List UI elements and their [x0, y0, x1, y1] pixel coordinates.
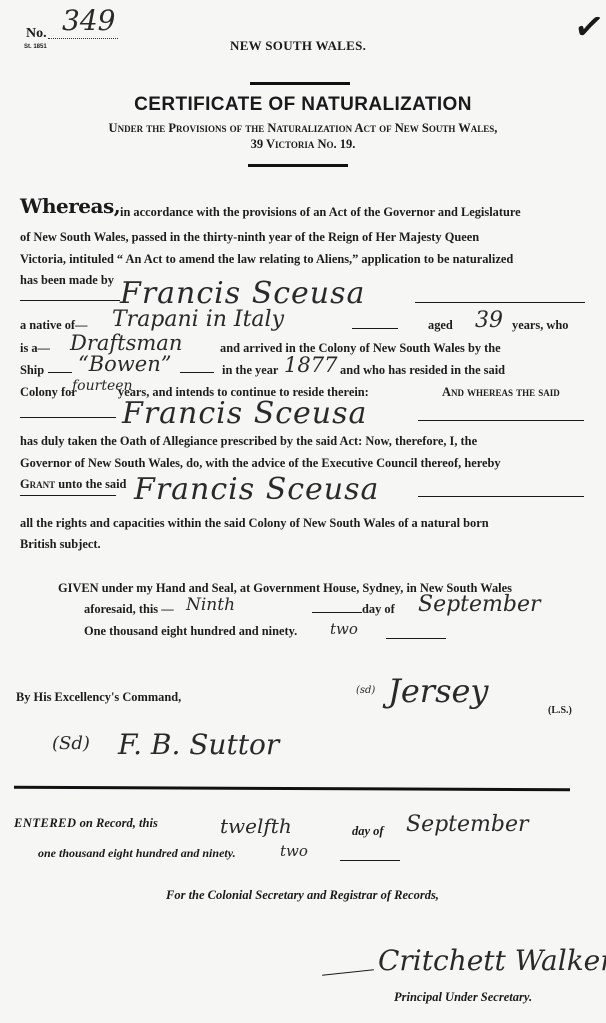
name-3-line-right — [418, 496, 584, 497]
name-line-right — [415, 302, 585, 303]
entered-day-of-label: day of — [352, 824, 384, 839]
given-day: Ninth — [186, 595, 235, 615]
name-line-left — [20, 300, 120, 301]
governor-signature-prefix: (sd) — [356, 685, 375, 696]
form-code: St. 1851 — [24, 44, 47, 50]
paragraph-1-line-2: of New South Wales, passed in the thirty… — [20, 230, 479, 245]
state-heading: NEW SOUTH WALES. — [230, 38, 366, 54]
paragraph-1-line-4: has been made by — [20, 273, 114, 288]
for-colonial-secretary: For the Colonial Secretary and Registrar… — [166, 888, 439, 903]
certificate-number-line — [48, 38, 118, 39]
arrived-text: and arrived in the Colony of New South W… — [220, 341, 501, 356]
entered-year-line — [340, 860, 400, 861]
ship-line-right — [180, 372, 214, 373]
naturalization-certificate: No. St. 1851 349 NEW SOUTH WALES. ✓ CERT… — [0, 0, 606, 1023]
secretary-signature-prefix: (Sd) — [52, 733, 90, 754]
under-secretary-signature: Critchett Walker — [378, 944, 606, 977]
colony-for-label: Colony for — [20, 385, 77, 400]
certificate-subtitle: Under the Provisions of the Naturalizati… — [0, 121, 606, 136]
certificate-title: CERTIFICATE OF NATURALIZATION — [0, 94, 606, 116]
grant-rest: unto the said — [58, 477, 126, 491]
is-a-label: is a— — [20, 341, 50, 356]
arrival-year: 1877 — [284, 353, 337, 377]
certificate-no-label: No. — [26, 26, 47, 42]
entered-rest: on Record, this — [80, 816, 158, 830]
and-whereas-text: And whereas the said — [442, 385, 560, 400]
secretary-signature: F. B. Suttor — [118, 728, 279, 761]
rights-line-1: all the rights and capacities within the… — [20, 516, 489, 531]
whereas-blackletter: Whereas, — [20, 194, 120, 218]
ship-name: “Bowen” — [78, 352, 171, 376]
paragraph-1-line-1: in accordance with the provisions of an … — [120, 205, 521, 220]
given-year-prefix: One thousand eight hundred and ninety. — [84, 624, 297, 639]
command-label: By His Excellency's Command, — [16, 690, 181, 705]
checkmark-icon: ✓ — [571, 4, 606, 50]
entered-month: September — [406, 812, 529, 837]
entered-day: twelfth — [220, 814, 292, 838]
grant-label: Grant — [20, 477, 55, 491]
name-2-line-right — [418, 420, 584, 421]
ship-label: Ship — [20, 363, 44, 378]
given-year-line — [386, 638, 446, 639]
age-value: 39 — [475, 308, 503, 333]
title-rule-top — [250, 82, 350, 85]
in-year-label: in the year — [222, 363, 278, 378]
entered-year-suffix: two — [280, 842, 308, 860]
oath-line-1: has duly taken the Oath of Allegiance pr… — [20, 434, 477, 449]
grant-line: Grant unto the said — [20, 477, 126, 492]
oath-line-2: Governor of New South Wales, do, with th… — [20, 456, 501, 471]
name-3-line-left — [20, 495, 116, 496]
entered-line: ENTERED on Record, this — [14, 816, 158, 831]
entered-caps: ENTERED — [14, 816, 77, 830]
resided-text: and who has resided in the said — [340, 363, 505, 378]
applicant-name-3: Francis Sceusa — [134, 472, 379, 507]
name-2-line-left — [20, 417, 116, 418]
applicant-name-2: Francis Sceusa — [122, 396, 367, 431]
native-of-line — [352, 328, 398, 329]
entered-year-prefix: one thousand eight hundred and ninety. — [38, 846, 236, 861]
native-of-value: Trapani in Italy — [112, 307, 284, 332]
act-reference: 39 Victoria No. 19. — [0, 137, 606, 152]
given-day-line — [312, 612, 362, 613]
aforesaid-label: aforesaid, this — — [84, 602, 174, 617]
given-day-of-label: day of — [362, 602, 395, 617]
section-divider — [14, 786, 570, 791]
governor-signature: Jersey — [388, 672, 489, 710]
aged-label: aged — [428, 318, 453, 333]
given-month: September — [418, 592, 541, 617]
rights-line-2: British subject. — [20, 537, 101, 552]
years-who-label: years, who — [512, 318, 568, 333]
paragraph-1-line-3: Victoria, intituled “ An Act to amend th… — [20, 252, 513, 267]
given-year-suffix: two — [330, 620, 358, 638]
signature-flourish — [322, 969, 374, 975]
seal-label: (L.S.) — [548, 705, 572, 716]
certificate-number: 349 — [62, 4, 115, 37]
applicant-name: Francis Sceusa — [120, 276, 365, 311]
title-rule-bottom — [248, 164, 348, 167]
ship-line-left — [48, 372, 72, 373]
under-secretary-title: Principal Under Secretary. — [394, 990, 532, 1005]
